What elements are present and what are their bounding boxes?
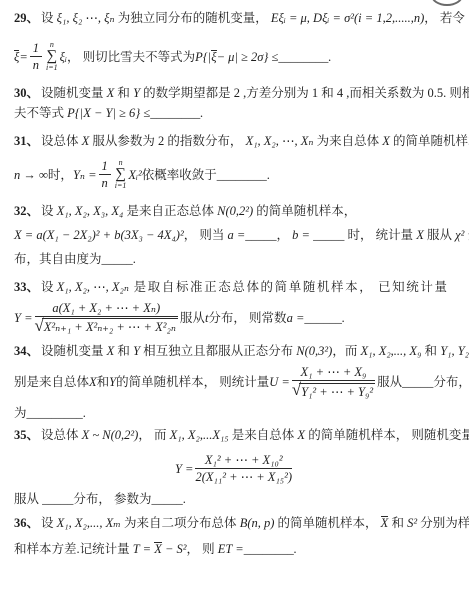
q35-line-3: 服从 _____分布， 参数为_____. bbox=[14, 489, 455, 509]
question-number: 32、 bbox=[14, 204, 39, 218]
text-run: 和 bbox=[114, 344, 133, 358]
question-number: 31、 bbox=[14, 134, 39, 148]
math-run-with-blank: a =_____ bbox=[227, 228, 276, 242]
text-run: 分 bbox=[464, 228, 469, 242]
text-run: ， bbox=[277, 228, 293, 242]
q32-line-3: 布，其自由度为_____. bbox=[14, 249, 455, 269]
numerator: X₁ + ⋯ + X₉ bbox=[292, 365, 375, 381]
exam-document-page: 29、设 ξ₁, ξ₂ ⋯, ξₙ 为独立同分布的随机变量， Eξᵢ = μ, … bbox=[0, 0, 469, 616]
math-run-with-blank: − μ| ≥ 2σ} ≤________. bbox=[217, 47, 332, 67]
text-run: 时， 统计量 bbox=[344, 228, 416, 242]
math-run-with-blank: a =______. bbox=[287, 308, 345, 328]
text-run: ， 则切比雪夫不等式为 bbox=[67, 47, 195, 67]
q35-line-1: 35、设总体 X ~ N(0,2²)， 而 X₁, X₂,...X₁₅ 是来自总… bbox=[14, 425, 455, 445]
corner-artifact bbox=[431, 0, 463, 6]
math-run: X bbox=[89, 372, 97, 392]
fraction: 1n bbox=[30, 41, 42, 73]
text-run: ， 则 bbox=[187, 542, 218, 556]
math-run: P{| bbox=[195, 47, 211, 67]
square-root: √Y₁² + ⋯ + Y₉² bbox=[292, 382, 375, 399]
text-run: 为来自二项分布总体 bbox=[121, 516, 240, 530]
question-number: 35、 bbox=[14, 428, 39, 442]
numerator: 1 bbox=[30, 41, 42, 57]
math-run: − S² bbox=[162, 542, 187, 556]
text-run: 设 bbox=[41, 280, 57, 294]
denominator: √X²ₙ₊₁ + X²ₙ₊₂ + ⋯ + X²₂ₙ bbox=[35, 317, 178, 335]
fraction: X₁² + ⋯ + X₁₀²2(X₁₁² + ⋯ + X₁₅²) bbox=[195, 453, 292, 485]
text-run: 的简单随机样本， bbox=[274, 516, 380, 530]
q31-line-1: 31、设总体 X 服从参数为 2 的指数分布， X₁, X₂, ⋯, Xₙ 为来… bbox=[14, 131, 455, 151]
text-run: 是来自正态总体 bbox=[123, 204, 217, 218]
numerator: 1 bbox=[99, 159, 111, 175]
text-run: ， 则当 bbox=[184, 228, 228, 242]
math-run: S² bbox=[407, 516, 417, 530]
math-run: X ~ N(0,2²) bbox=[82, 428, 139, 442]
math-run: N(0,2²) bbox=[217, 204, 253, 218]
math-run: X₁, X₂, X₃, X₄ bbox=[57, 204, 124, 218]
text-run: 的简单随机样本， 则随机变量 bbox=[305, 428, 469, 442]
math-run: Y bbox=[133, 344, 140, 358]
denominator: 2(X₁₁² + ⋯ + X₁₅²) bbox=[195, 469, 292, 484]
text-run: 的数学期望都是 2 ,方差分别为 1 和 4 ,而相关系数为 0.5. 则根据切… bbox=[140, 86, 469, 100]
text-run: 设 bbox=[41, 11, 57, 25]
q32-line-1: 32、设 X₁, X₂, X₃, X₄ 是来自正态总体 N(0,2²) 的简单随… bbox=[14, 201, 455, 221]
math-run: B(n, p) bbox=[240, 516, 275, 530]
math-run: Y₁, Y₂,..., Y₉ bbox=[440, 344, 469, 358]
q33-formula-line: Y = a(X₁ + X₂ + ⋯ + Xₙ)√X²ₙ₊₁ + X²ₙ₊₂ + … bbox=[14, 301, 455, 335]
text-run-with-blank: 服从 _____分布， 参数为_____. bbox=[14, 492, 186, 506]
text-run: 和 bbox=[97, 372, 110, 392]
math-run: X bbox=[416, 228, 424, 242]
math-run: n → ∞ bbox=[14, 165, 48, 185]
text-run-with-blank: 为_________. bbox=[14, 406, 86, 420]
sigma-symbol: ∑ bbox=[115, 167, 127, 182]
math-run: X bbox=[382, 134, 390, 148]
math-run: Y = bbox=[175, 459, 194, 479]
question-number: 30、 bbox=[14, 86, 39, 100]
text-run: 别是来自总体 bbox=[14, 372, 89, 392]
q33-line-1: 33、设 X₁, X₂, ⋯, X₂ₙ 是取自标准正态总体的简单随机样本， 已知… bbox=[14, 277, 455, 297]
text-run: 相互独立且都服从正态分布 bbox=[140, 344, 296, 358]
text-run: 的简单随机样本， 则统计量 bbox=[116, 372, 269, 392]
text-run-with-blank: 服从_____分布， 参数 bbox=[377, 372, 469, 392]
sigma-symbol: ∑ bbox=[46, 49, 58, 64]
sum-lower-limit: i=1 bbox=[46, 64, 58, 72]
text-run: 和 bbox=[114, 86, 133, 100]
question-number: 36、 bbox=[14, 516, 39, 530]
sum-lower-limit: i=1 bbox=[115, 182, 127, 190]
text-run: 设总体 bbox=[41, 428, 82, 442]
text-run: 设总体 bbox=[41, 134, 82, 148]
math-run: X₁, X₂,..., Xₘ bbox=[57, 516, 121, 530]
overbar: X bbox=[154, 542, 162, 556]
numerator: a(X₁ + X₂ + ⋯ + Xₙ) bbox=[35, 301, 178, 317]
q34-line-1: 34、设随机变量 X 和 Y 相互独立且都服从正态分布 N(0,3²)，而 X₁… bbox=[14, 341, 455, 361]
q34-line-2: 别是来自总体 X 和 Y 的简单随机样本， 则统计量 U = X₁ + ⋯ + … bbox=[14, 365, 455, 399]
radicand: X²ₙ₊₁ + X²ₙ₊₂ + ⋯ + X²₂ₙ bbox=[42, 318, 178, 334]
question-number: 29、 bbox=[14, 11, 39, 25]
q30-line-1: 30、设随机变量 X 和 Y 的数学期望都是 2 ,方差分别为 1 和 4 ,而… bbox=[14, 83, 455, 103]
math-run: X₁, X₂,..., X₉ bbox=[360, 344, 421, 358]
summation: n∑i=1 bbox=[46, 41, 58, 72]
math-run: Eξᵢ = μ, Dξᵢ = σ²(i = 1,2,.....,n) bbox=[271, 11, 424, 25]
q35-formula-line: Y = X₁² + ⋯ + X₁₀²2(X₁₁² + ⋯ + X₁₅²) bbox=[14, 453, 455, 485]
denominator: n bbox=[30, 57, 42, 72]
q36-line-1: 36、设 X₁, X₂,..., Xₘ 为来自二项分布总体 B(n, p) 的简… bbox=[14, 513, 455, 533]
math-run-with-blank: P{|X − Y| ≥ 6} ≤________. bbox=[67, 106, 203, 120]
question-number: 33、 bbox=[14, 280, 39, 294]
math-run: Y bbox=[133, 86, 140, 100]
q29-line-1: 29、设 ξ₁, ξ₂ ⋯, ξₙ 为独立同分布的随机变量， Eξᵢ = μ, … bbox=[14, 8, 455, 28]
text-run: 分布， 则常数 bbox=[208, 308, 286, 328]
text-run: 的简单随机样本，则当 bbox=[390, 134, 469, 148]
text-run: 为来自总体 bbox=[313, 134, 382, 148]
math-run: ξ₁, ξ₂ ⋯, ξₙ bbox=[57, 11, 115, 25]
math-run-with-blank: ET =________. bbox=[218, 542, 297, 556]
q36-line-2: 和样本方差.记统计量 T = X − S²， 则 ET =________. bbox=[14, 539, 455, 559]
math-run: N(0,3²) bbox=[296, 344, 332, 358]
q30-line-2: 夫不等式 P{|X − Y| ≥ 6} ≤________. bbox=[14, 103, 455, 123]
math-run: T = bbox=[133, 542, 154, 556]
math-run: X₁, X₂, ⋯, Xₙ bbox=[246, 134, 314, 148]
text-run: 是来自总体 bbox=[229, 428, 298, 442]
question-number: 34、 bbox=[14, 344, 39, 358]
q29-formula-line: ξ = 1nn∑i=1ξᵢ， 则切比雪夫不等式为 P{|ξ − μ| ≥ 2σ}… bbox=[14, 41, 455, 73]
text-run: 和 bbox=[388, 516, 407, 530]
math-run: X₁, X₂,...X₁₅ bbox=[170, 428, 229, 442]
text-run: 设 bbox=[41, 516, 57, 530]
square-root: √X²ₙ₊₁ + X²ₙ₊₂ + ⋯ + X²₂ₙ bbox=[35, 318, 178, 335]
text-run-with-blank: 布，其自由度为_____. bbox=[14, 252, 136, 266]
math-run: U = bbox=[269, 372, 290, 392]
math-run: ξᵢ bbox=[60, 47, 67, 67]
equals-sign: = bbox=[19, 47, 27, 67]
text-run: 为独立同分布的随机变量， bbox=[115, 11, 271, 25]
q31-formula-line: n → ∞时， Yₙ = 1nn∑i=1Xᵢ² 依概率收敛于________. bbox=[14, 159, 455, 191]
text-run: 和样本方差.记统计量 bbox=[14, 542, 133, 556]
math-run: X bbox=[297, 428, 305, 442]
fraction: 1n bbox=[99, 159, 111, 191]
text-run: 服从 bbox=[424, 228, 455, 242]
text-run: ，而 bbox=[332, 344, 360, 358]
fraction: a(X₁ + X₂ + ⋯ + Xₙ)√X²ₙ₊₁ + X²ₙ₊₂ + ⋯ + … bbox=[35, 301, 178, 335]
x-bar: X bbox=[154, 542, 162, 556]
text-run: 设随机变量 bbox=[41, 344, 107, 358]
math-run: Y = bbox=[14, 308, 33, 328]
summation: n∑i=1 bbox=[115, 159, 127, 190]
text-run: 的简单随机样本， bbox=[253, 204, 356, 218]
numerator: X₁² + ⋯ + X₁₀² bbox=[195, 453, 292, 469]
text-run: 和 bbox=[421, 344, 440, 358]
math-run: Yₙ = bbox=[73, 165, 97, 185]
q34-line-3: 为_________. bbox=[14, 403, 455, 423]
text-run: 服从 bbox=[180, 308, 205, 328]
text-run: 服从参数为 2 的指数分布， bbox=[89, 134, 245, 148]
math-run: Xᵢ² bbox=[128, 165, 141, 185]
denominator: √Y₁² + ⋯ + Y₉² bbox=[292, 381, 375, 399]
text-run: ， 而 bbox=[138, 428, 169, 442]
text-run: ， 若令 bbox=[424, 11, 465, 25]
math-run: X = a(X₁ − 2X₂)² + b(3X₃ − 4X₄)² bbox=[14, 228, 184, 242]
text-run: 分别为样本均值 bbox=[417, 516, 469, 530]
math-run: X₁, X₂, ⋯, X₂ₙ bbox=[57, 280, 129, 294]
text-run: 夫不等式 bbox=[14, 106, 67, 120]
math-run: Y bbox=[109, 372, 116, 392]
denominator: n bbox=[99, 175, 111, 190]
text-run: 时， bbox=[48, 165, 73, 185]
text-run: 设 bbox=[41, 204, 57, 218]
q32-line-2: X = a(X₁ − 2X₂)² + b(3X₃ − 4X₄)²， 则当 a =… bbox=[14, 225, 455, 245]
math-run-with-blank: b = _____ bbox=[292, 228, 344, 242]
text-run: 设随机变量 bbox=[41, 86, 107, 100]
text-run-with-blank: 依概率收敛于________. bbox=[142, 165, 270, 185]
fraction: X₁ + ⋯ + X₉√Y₁² + ⋯ + Y₉² bbox=[292, 365, 375, 399]
radicand: Y₁² + ⋯ + Y₉² bbox=[299, 383, 375, 399]
text-run: 是取自标准正态总体的简单随机样本， 已知统计量 bbox=[129, 280, 449, 294]
